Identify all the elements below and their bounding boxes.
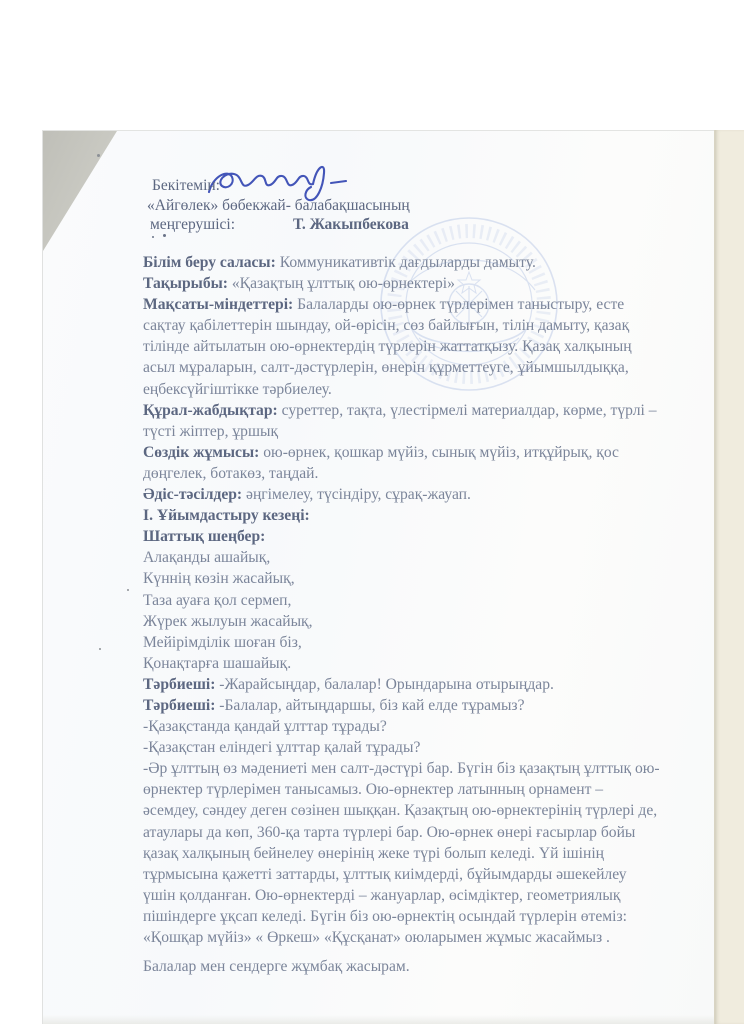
text-line: Тәрбиеші: -Балалар, айтыңдаршы, біз кай …: [143, 695, 663, 716]
text-line: пішіндерге ұқсап келеді. Бүгін біз ою-өр…: [143, 906, 663, 927]
text-line: Алақанды ашайық,: [143, 547, 663, 568]
role-label: меңгерушісі:: [150, 216, 235, 233]
text-line: үшін қолданған. Ою-өрнектерді – жануарла…: [143, 885, 663, 906]
text-line: тілінде айтылатын ою-өрнектердің түрлері…: [143, 336, 663, 357]
text-line: дөңгелек, ботакөз, таңдай.: [143, 463, 663, 484]
page-bottom-shadow: [43, 1015, 716, 1024]
text-line: тұрмысына қажетті заттарды, ұлттық киімд…: [143, 864, 663, 885]
blank-line: [143, 948, 663, 956]
text-line: -Әр ұлттың өз мәдениеті мен салт-дәстүрі…: [143, 758, 663, 779]
text-line: атаулары да көп, 360-қа тарта түрлері ба…: [143, 822, 663, 843]
text-line: түсті жіптер, ұршық: [143, 421, 663, 442]
text-line: Мақсаты-міндеттері: Балаларды ою-өрнек т…: [143, 294, 663, 315]
text-line: асыл мұраларын, салт-дәстүрлерін, өнерін…: [143, 357, 663, 378]
text-line: сақтау қабілеттерін шындау, ой-өрісін, с…: [143, 315, 663, 336]
approver-name: Т. Жакыпбекова: [293, 216, 409, 233]
approver-line: меңгерушісі:Т. Жакыпбекова: [147, 215, 477, 235]
dust-speck: [127, 589, 129, 591]
text-line: қазақ халқының бейнелеу өнерінің жеке тү…: [143, 843, 663, 864]
text-line: Шаттық шеңбер:: [143, 526, 663, 547]
organization-name: «Айгөлек» бөбекжай- балабақшасының: [147, 196, 477, 216]
text-line: -Қазақстанда қандай ұлттар тұрады?: [143, 716, 663, 737]
text-line: I. Ұйымдастыру кезеңі:: [143, 505, 663, 526]
document-body: Білім беру саласы: Коммуникативтік дағды…: [143, 252, 663, 977]
approval-header: Бекітемін: «Айгөлек» бөбекжай- балабақша…: [147, 176, 477, 235]
text-line: Әдіс-тәсілдер: әңгімелеу, түсіндіру, сұр…: [143, 484, 663, 505]
text-line: Күннің көзін жасайық,: [143, 568, 663, 589]
underlying-page-edge: [714, 130, 744, 1024]
text-line: Мейірімділік шоған біз,: [143, 632, 663, 653]
text-line: «Қошқар мүйіз» « Өркеш» «Құсқанат» оюлар…: [143, 927, 663, 948]
ink-dots: [152, 233, 172, 239]
text-line: өрнектер түрлерімен танысамыз. Ою-өрнект…: [143, 779, 663, 800]
text-line: әсемдеу, сәндеу деген сөзінен шыққан. Қа…: [143, 800, 663, 821]
scanned-document-image: { "colors": { "ink_regular": "#7b859a", …: [0, 0, 744, 1024]
text-line: Таза ауаға қол сермеп,: [143, 590, 663, 611]
text-line: Тәрбиеші: -Жарайсыңдар, балалар! Орындар…: [143, 674, 663, 695]
text-line: еңбексүйгіштікке тәрбиелеу.: [143, 379, 663, 400]
text-line: Қонақтарға шашайық.: [143, 653, 663, 674]
text-line: Жүрек жылуын жасайық,: [143, 611, 663, 632]
dust-speck: [97, 154, 100, 157]
text-line: Тақырыбы: «Қазақтың ұлттық ою-өрнектері»: [143, 273, 663, 294]
text-line: Балалар мен сендерге жұмбақ жасырам.: [143, 956, 663, 977]
text-line: Сөздік жұмысы: ою-өрнек, қошкар мүйіз, с…: [143, 442, 663, 463]
text-line: Құрал-жабдықтар: суреттер, тақта, үлесті…: [143, 400, 663, 421]
page-corner-shadow: [43, 131, 117, 251]
dust-speck: [99, 648, 101, 650]
approve-label: Бекітемін:: [147, 176, 477, 196]
text-line: Білім беру саласы: Коммуникативтік дағды…: [143, 252, 663, 273]
text-line: -Қазақстан еліндегі ұлттар қалай тұрады?: [143, 737, 663, 758]
